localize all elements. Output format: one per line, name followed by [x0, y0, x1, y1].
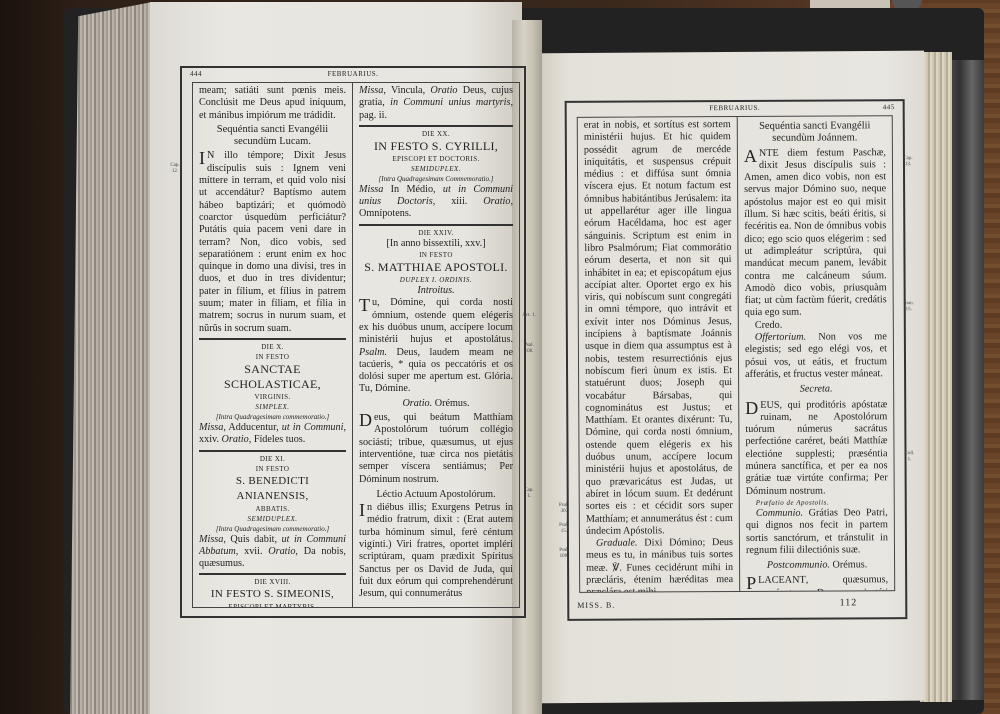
secreta-text: DEUS, qui proditóris apóstatæ ruinam, ne… — [745, 399, 888, 498]
gospel-heading: Sequéntia sancti Evangélii secundùm Joán… — [754, 120, 876, 145]
feast-title: S. BENEDICTI ANIANENSIS, — [199, 474, 346, 504]
section-rule — [359, 224, 513, 226]
feast-note: [Intra Quadragesimam commemoratio.] — [199, 524, 346, 534]
body-text: meam; satiáti sunt pœnis meis. Conclúsit… — [199, 85, 346, 122]
page-edges-right — [920, 52, 952, 702]
missa-text: Missa, Vincula, Oratio Deus, cujus grati… — [359, 85, 513, 122]
feast-rank: SEMIDUPLEX. — [199, 514, 346, 524]
in-festo: IN FESTO — [199, 352, 346, 362]
missa-text: Missa In Médio, ut in Communi unius Doct… — [359, 184, 513, 221]
feast-note: [Intra Quadragesimam Commemoratio.] — [359, 174, 513, 184]
feast-title: S. MATTHIAE APOSTOLI. — [359, 260, 513, 275]
folio-number: 112 — [840, 597, 858, 608]
margin-note: Joan. 15. — [902, 301, 916, 313]
page-number: 445 — [883, 103, 895, 111]
lectio-heading: Léctio Actuum Apostolórum. — [359, 489, 513, 501]
feast-day: DIE XVIII. — [199, 577, 346, 587]
feast-rank-title: ABBATIS. — [199, 504, 346, 514]
right-page-text-frame: FEBRUARIUS. 445 erat in nobis, et sortít… — [565, 99, 908, 621]
left-running-head: 444 FEBRUARIUS. — [190, 68, 516, 82]
oratio-text: Deus, qui beátum Matthíam Apostolórum tu… — [359, 412, 513, 486]
margin-note: Cap. 13. — [901, 156, 915, 168]
margin-note: Act. 1. — [522, 313, 536, 319]
margin-note: Psal. 108. — [557, 548, 571, 560]
signature-mark: MISS. B. — [577, 601, 615, 610]
gospel-heading: Sequéntia sancti Evangélii secundùm Luca… — [209, 124, 336, 149]
right-column-b: Sequéntia sancti Evangélii secundùm Joán… — [738, 116, 894, 591]
feast-rank: SIMPLEX. — [199, 402, 346, 412]
credo: Credo. — [745, 319, 887, 332]
running-head-month: FEBRUARIUS. — [190, 70, 516, 78]
margin-note: Psal. 15. — [557, 523, 571, 535]
feast-day: DIE X. — [199, 342, 346, 352]
graduale: Graduale. Dixi Dómino; Deus meus es tu, … — [586, 537, 733, 592]
feast-rank: SEMIDUPLEX. — [359, 164, 513, 174]
feast-rank-title: VIRGINIS. — [199, 392, 346, 402]
postcommunio-heading: Postcommunio. Orémus. — [746, 559, 888, 572]
right-column-a: erat in nobis, et sortítus est sortem mi… — [578, 117, 740, 592]
left-column-b: Missa, Vincula, Oratio Deus, cujus grati… — [353, 83, 519, 607]
section-rule — [199, 573, 346, 575]
margin-note: Cap. 1. — [522, 488, 536, 500]
running-head-month: FEBRUARIUS. — [575, 103, 895, 113]
oratio-heading: Oratio. Orémus. — [359, 398, 513, 410]
introitus-text: Tu, Dómine, qui corda nosti ómnium, oste… — [359, 297, 513, 395]
feast-day: DIE XX. — [359, 129, 513, 139]
left-page-text-frame: 444 FEBRUARIUS. meam; satiáti sunt pœnis… — [180, 66, 526, 618]
section-rule — [199, 338, 346, 340]
page-footer: MISS. B. 112 — [577, 595, 897, 615]
offertorium: Offertorium. Non vos me elegistis; sed e… — [745, 331, 887, 381]
margin-note: Coll. 1. — [902, 451, 916, 463]
page-edges-left — [70, 2, 152, 714]
communio: Communio. Grátias Deo Patri, qui dignos … — [746, 507, 888, 557]
margin-note: Psal. 108. — [522, 343, 536, 355]
feast-title: SANCTAE SCHOLASTICAE, — [199, 362, 346, 392]
gospel-text: IN illo témpore; Dixit Jesus discípulis … — [199, 150, 346, 334]
section-rule — [199, 450, 346, 452]
feast-day: DIE XI. — [199, 454, 346, 464]
in-festo: IN FESTO — [199, 464, 346, 474]
feast-rank: DUPLEX I. ORDINIS. — [359, 275, 513, 285]
prefatio-note: Præfatio de Apostolis. — [756, 497, 888, 508]
margin-note: Cap. 12. — [168, 163, 182, 175]
feast-rank-title: EPISCOPI ET MARTYRIS. — [199, 602, 346, 607]
margin-note: Psal. 30. — [557, 503, 571, 515]
feast-title: IN FESTO S. CYRILLI, — [359, 139, 513, 154]
leap-year-note: [In anno bissextili, xxv.] — [359, 238, 513, 250]
secreta-heading: Secreta. — [745, 383, 887, 396]
feast-note: [Intra Quadragesimam commemoratio.] — [199, 412, 346, 422]
lectio-text: In diébus illis; Exurgens Petrus in médi… — [359, 502, 513, 600]
feast-rank-title: EPISCOPI ET DOCTORIS. — [359, 154, 513, 164]
gospel-text: ANTE diem festum Paschæ, dixit Jesus dis… — [744, 147, 887, 320]
feast-day: DIE XXIV. — [359, 228, 513, 238]
introitus-label: Introitus. — [417, 285, 454, 296]
left-column-a: meam; satiáti sunt pœnis meis. Conclúsit… — [193, 83, 353, 607]
section-rule — [359, 125, 513, 127]
postcommunio-text: PLACEANT, quæsumus, omnípotens Deus, maj… — [746, 575, 889, 591]
missa-text: Missa, Quis dabit, ut in Communi Abbatum… — [199, 534, 346, 571]
lectio-continued: erat in nobis, et sortítus est sortem mi… — [584, 119, 733, 538]
feast-title: IN FESTO S. SIMEONIS, — [199, 587, 346, 602]
missa-text: Missa, Adducentur, ut in Communi, xxiv. … — [199, 422, 346, 447]
in-festo: IN FESTO — [359, 250, 513, 260]
